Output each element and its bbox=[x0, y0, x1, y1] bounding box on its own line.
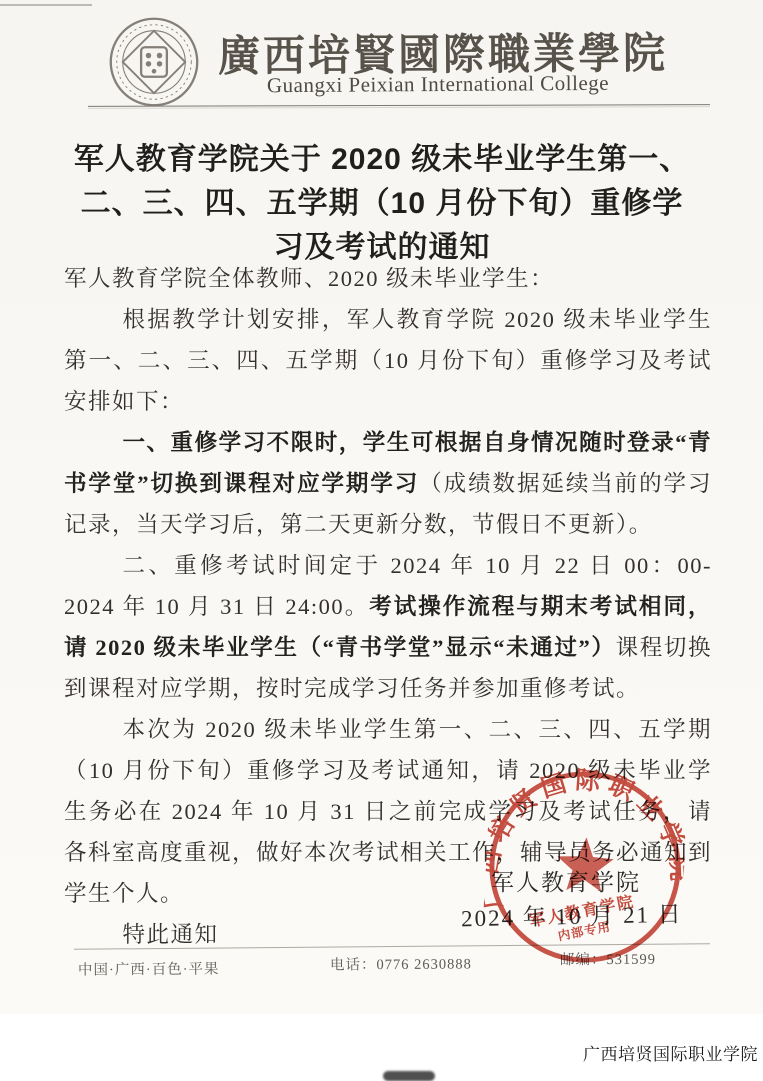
page-caption: 广西培贤国际职业学院 bbox=[583, 1040, 758, 1065]
footer-address: 中国·广西·百色·平果 bbox=[78, 958, 220, 980]
footer-postcode: 邮编：531599 bbox=[560, 948, 656, 970]
notice-paragraph: 军人教育学院全体教师、2020 级未毕业学生： bbox=[64, 258, 712, 299]
notice-paragraph: 根据教学计划安排，军人教育学院 2020 级未毕业学生第一、二、三、四、五学期（… bbox=[64, 299, 712, 422]
school-logo-icon bbox=[108, 16, 200, 108]
scan-smudge-artifact bbox=[383, 1071, 435, 1080]
notice-title: 军人教育学院关于 2020 级未毕业学生第一、二、三、四、五学期（10 月份下旬… bbox=[70, 138, 694, 270]
footer-phone: 电话：0776 2630888 bbox=[330, 953, 472, 975]
letterhead: 廣西培賢國際職業學院 Guangxi Peixian International… bbox=[0, 0, 763, 108]
notice-paragraph: 一、重修学习不限时，学生可根据自身情况随时登录“青书学堂”切换到课程对应学期学习… bbox=[64, 422, 712, 545]
notice-body: 军人教育学院全体教师、2020 级未毕业学生：根据教学计划安排，军人教育学院 2… bbox=[64, 258, 712, 955]
school-name-en: Guangxi Peixian International College bbox=[218, 70, 658, 98]
header-divider bbox=[88, 104, 710, 107]
notice-paragraph: 二、重修考试时间定于 2024 年 10 月 22 日 00：00-2024 年… bbox=[64, 545, 712, 709]
signature-unit: 军人教育学院 bbox=[491, 864, 641, 897]
scanned-notice-page: 廣西培賢國際職業學院 Guangxi Peixian International… bbox=[0, 0, 763, 1014]
signature-date: 2024 年 10 月 21 日 bbox=[461, 896, 683, 934]
